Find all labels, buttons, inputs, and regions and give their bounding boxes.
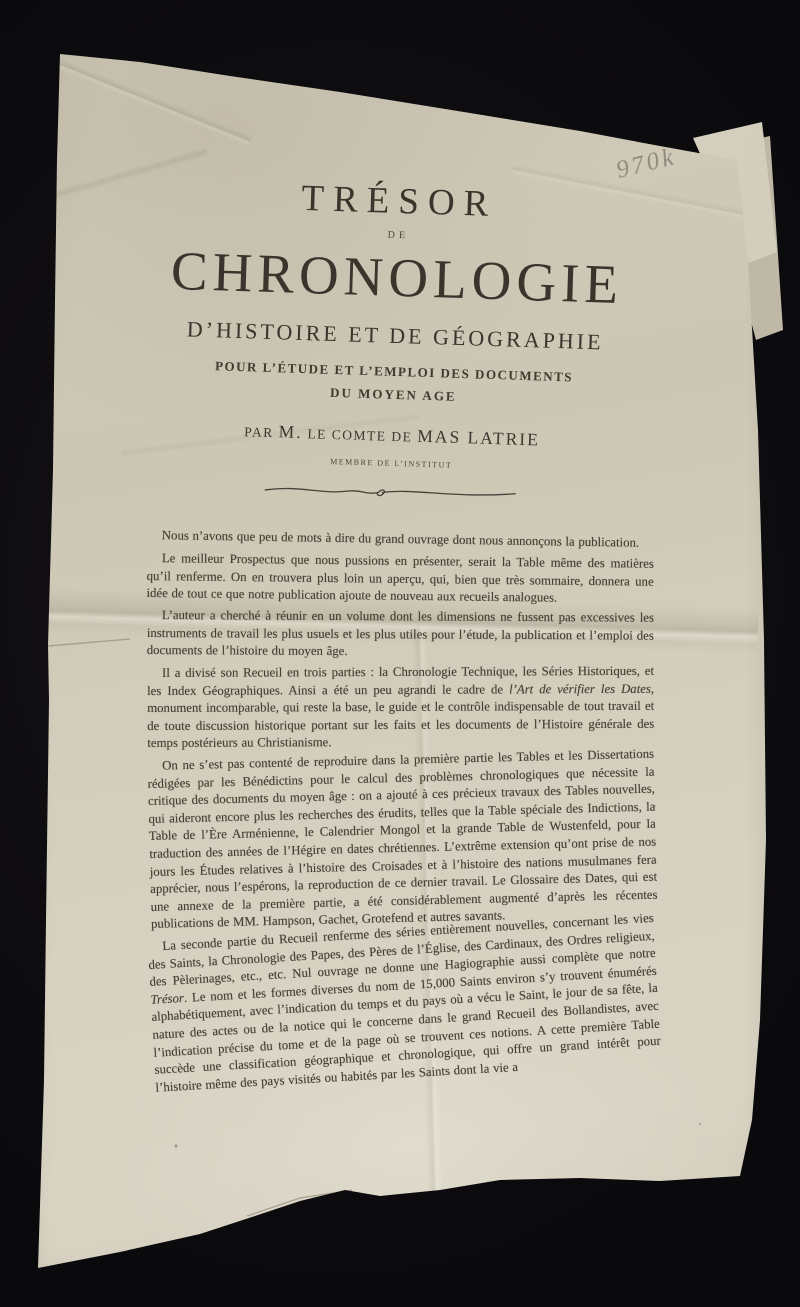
corner-crease	[53, 57, 252, 147]
body-paragraph: Le meilleur Prospectus que nous pussions…	[146, 550, 654, 609]
body-paragraph: L’auteur a cherché à réunir en un volume…	[147, 607, 654, 662]
byline-par: PAR	[244, 424, 274, 440]
byline-m: M.	[278, 421, 303, 442]
body-paragraph: Nous n’avons que peu de mots à dire du g…	[147, 527, 654, 553]
document-sheet: 970k TRÉSOR DE CHRONOLOGIE D’HISTOIRE ET…	[0, 0, 800, 1307]
title-subtitle: D’HISTOIRE ET DE GÉOGRAPHIE	[100, 314, 691, 359]
body-text: Nous n’avons que peu de mots à dire du g…	[147, 527, 654, 1102]
body-paragraph: Il a divisé son Recueil en trois parties…	[147, 663, 654, 753]
text-run: On ne s’est pas contenté de reproduire d…	[147, 747, 657, 932]
photo-backdrop: 970k TRÉSOR DE CHRONOLOGIE D’HISTOIRE ET…	[0, 0, 800, 1307]
italic-run: Trésor	[150, 991, 184, 1007]
decorative-flourish-rule	[95, 475, 685, 515]
text-run: Nous n’avons que peu de mots à dire du g…	[162, 528, 640, 549]
title-chronologie: CHRONOLOGIE	[101, 241, 692, 315]
text-run: L’auteur a cherché à réunir en un volume…	[147, 608, 654, 658]
text-run: Le meilleur Prospectus que nous pussions…	[146, 551, 654, 605]
pencil-inscription: 970k	[614, 143, 680, 185]
byline-comte: LE COMTE DE	[307, 426, 412, 444]
author-affiliation: MEMBRE DE L’INSTITUT	[96, 450, 686, 478]
author-byline: PAR M. LE COMTE DE MAS LATRIE	[97, 416, 687, 456]
title-block: TRÉSOR DE CHRONOLOGIE D’HISTOIRE ET DE G…	[95, 174, 695, 514]
body-paragraph: On ne s’est pas contenté de reproduire d…	[147, 746, 658, 934]
byline-name: MAS LATRIE	[417, 426, 540, 450]
title-main: TRÉSOR	[104, 174, 695, 230]
body-paragraph: La seconde partie du Recueil renferme de…	[147, 910, 662, 1097]
italic-run: l’Art de vérifier les Dates	[509, 682, 651, 697]
